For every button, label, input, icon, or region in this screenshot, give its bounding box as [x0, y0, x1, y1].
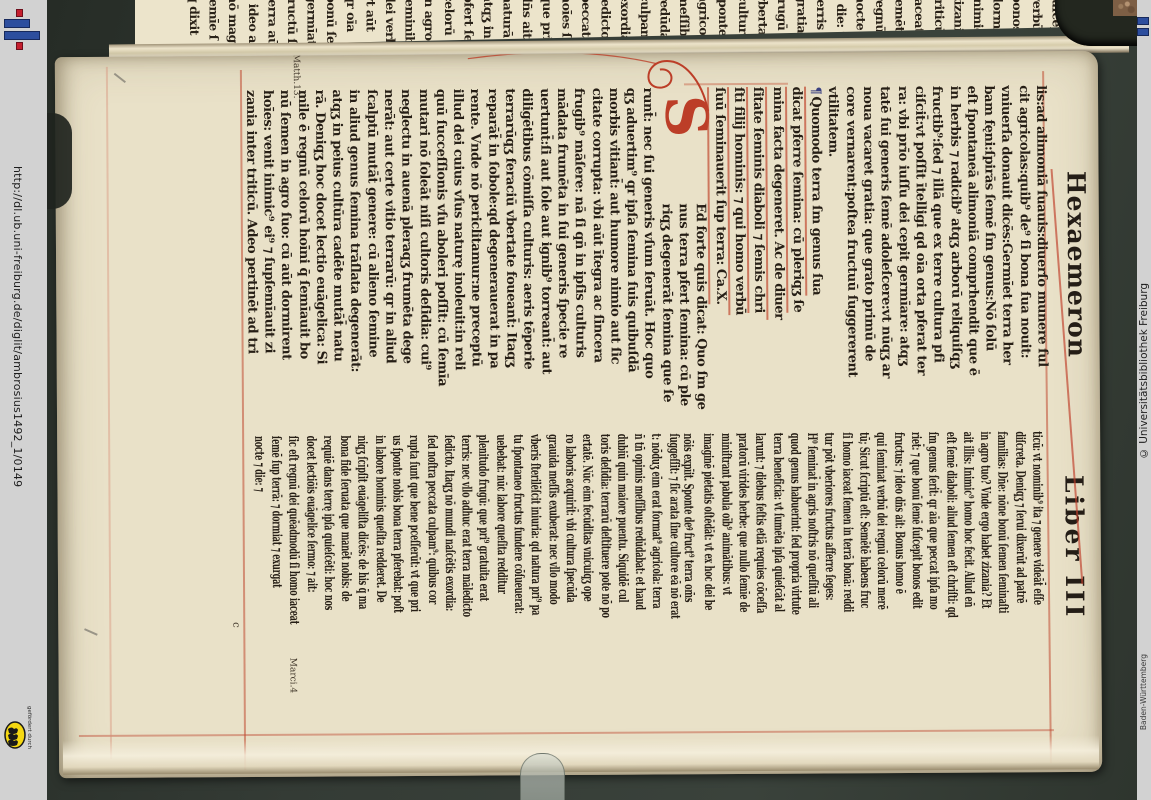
- text-line: mutari nō ſoleāt niſi cultoris deſidia: …: [413, 89, 432, 429]
- text-line: n̄ tn̄ opimis meſſibus redūdabat: et hau…: [629, 434, 648, 653]
- text-line: nerāt: aut certe vitio terrarū: qr in al…: [379, 89, 398, 429]
- facing-page-fragment: ſeminib: [403, 0, 418, 44]
- text-line: vniuerſa donauit dicēs:Germīet terra her: [996, 85, 1015, 425]
- margin-note-matthew: Matth.13.: [291, 54, 301, 99]
- text-line: vtilitatem.: [823, 86, 842, 426]
- page-content: Hexaemeron Liber III S lis:ad alimoniā ſ…: [55, 51, 1102, 778]
- page-holder-shadow: [47, 113, 72, 209]
- viewer-left-bar: http://dl.ub.uni-freiburg.de/diglit/ambr…: [0, 0, 47, 800]
- facing-page-fragment: qr oīa: [344, 0, 359, 32]
- text-line: ſedicto. Itaqʒ nō mundi naſcētis exordia…: [439, 435, 458, 654]
- source-url: http://dl.ub.uni-freiburg.de/diglit/ambr…: [11, 166, 24, 487]
- text-line: ticū: vt nominib⁹ ita ⁊ genere videāt̄ e…: [1027, 431, 1046, 650]
- facing-page-fragment: iaceat ſ: [912, 0, 927, 42]
- text-line: ro laboris acquirit̄: vbi cultura ſpecūd…: [560, 434, 579, 653]
- facing-page-fragment: dn̄s ait: [520, 0, 535, 38]
- text-line: citate corrupta: vbi aūt ītegra ac ſince…: [586, 88, 605, 428]
- text-line: in agro tuo? Vnde ergo habet zizania? Et: [975, 431, 994, 650]
- page-clamp: [520, 753, 565, 800]
- text-line: imaginē pietatis oſtēdāt: vt ex hoc dei …: [698, 433, 717, 652]
- text-line: bam fęni:ſpirās ſemē ſm genus:Nō ſolū: [979, 85, 998, 425]
- facing-page-fragment: culpam: [638, 0, 653, 43]
- pilcrow-mark: ¶: [808, 86, 823, 96]
- text-line: tur pōt vberiores fructus afferre ſeges:: [819, 432, 838, 651]
- text-line: mādata frumēta in ſui generis ſpecie re: [552, 88, 571, 428]
- facing-page-fragment: gratia: [795, 0, 810, 33]
- text-line: vberis ſterilēſcit iniuria: qd natura pr…: [525, 434, 544, 653]
- text-line: quod genus habuerint: ſed propria virtut…: [785, 433, 804, 652]
- text-line: qui ſeminat verbū dei regnū celorū merē: [871, 432, 890, 651]
- facing-page-fragment: ſemēte: [893, 0, 908, 39]
- text-line: rente. Vnde nō periclitamur:ne preceptū: [465, 89, 484, 429]
- text-column-1: lis:ad alimoniā ſuauis:diuerſo munere fu…: [240, 85, 1050, 430]
- text-line: ra: vbi prīo iuſſu dei cepit germīare: a…: [892, 86, 911, 426]
- text-line: pratorū virides herbe: que nullo ſemīe d…: [733, 433, 752, 652]
- text-line: docet lectiōis euāgelice ſermo: ⁊ ait:: [300, 436, 319, 655]
- funding-caption: gefördert durch: [26, 706, 32, 749]
- facing-page-fragment: frugū q: [775, 0, 790, 42]
- text-line: toris deſidia: terrarū deſtituere pote n…: [594, 434, 613, 653]
- text-line: dubiū quin maiore puentu. Siquidē cul: [612, 434, 631, 653]
- facing-page-fragment: ſemīe ſ: [207, 0, 222, 40]
- funding-region-label: Baden-Württemberg: [1139, 654, 1148, 730]
- text-line: ſitate ſeminis diaboli ⁊ ſemis chri: [746, 87, 767, 313]
- facing-page-fragment: que pri: [540, 0, 555, 41]
- incunabulum-page: Hexaemeron Liber III S lis:ad alimoniā ſ…: [55, 51, 1102, 778]
- text-line: diligētibus cōmiſſa culturis: aeris tēpe…: [517, 88, 536, 428]
- text-line: nōis expīit. Sponte deꝰ fruct⁹ terra om̄…: [681, 433, 700, 652]
- text-line: requiē dans terrę ipſa quieſcēti: hoc no…: [318, 435, 337, 654]
- facing-page-fragment: atqʒ in: [481, 0, 496, 38]
- text-line: terrarūqʒ feraciū vbertate foueant̄: Ita…: [500, 88, 519, 428]
- text-line: fructib⁹:ſed ⁊ illā que ex terre cultura…: [927, 86, 946, 426]
- facing-page-fragment: regnū: [873, 0, 888, 33]
- text-column-2: ticū: vt nominib⁹ ita ⁊ genere videāt̄ e…: [248, 431, 1045, 655]
- margin-note-mark: Marci.4: [287, 658, 297, 693]
- text-line: fructus: ⁊ ideo dn̄s ait: Bonus homo ē: [888, 432, 907, 651]
- text-line: atqʒ in peius cultūra cadēte mutāt̄ natu: [327, 89, 346, 429]
- text-line: neglectu in auenā pleraqʒ frumēta dege: [396, 89, 415, 429]
- text-line: ſed noſtra peccata culpam⁹: quibus cor: [421, 435, 440, 654]
- text-line: hoīes: venit inimic⁹ ei⁹ ⁊ ſupſemīauit z…: [258, 90, 277, 430]
- text-line: t: nōduʒ eīm erat format⁹ agricola: terr…: [646, 433, 665, 652]
- digitized-book-viewer: { "frame": { "left_bar": { "url": "http:…: [0, 0, 1151, 800]
- facing-page-fragment: celorū: [442, 0, 457, 35]
- viewer-right-bar: © Universitätsbibliothek Freiburg Baden-…: [1137, 0, 1151, 800]
- facing-page-fragment: nō mag: [226, 0, 241, 43]
- text-line: noua vacaret gratia: que grato primū de: [858, 86, 877, 426]
- text-line: rupta ſunt que bene pceſſerūt: vt que pr…: [404, 435, 423, 654]
- text-line: nus terra pfert ſemina: cū ple: [673, 203, 692, 427]
- text-line: ſti filij hominis: ⁊ qui homo verbū: [727, 87, 748, 315]
- text-line: tu ſpontaneo fructus fundere cōſueuerat:: [508, 434, 527, 653]
- text-line: tū; Sicut ſcriptū eſt: Semētē habens fru…: [854, 432, 873, 651]
- facing-page-fragment: zizania: [951, 0, 966, 39]
- facing-page-fragment: ⁊ die: ⁊: [834, 0, 849, 37]
- quire-signature: c: [230, 622, 241, 628]
- text-line: plenitudo frugū: que pri⁹ gratuita erat: [473, 435, 492, 654]
- facing-page-fragment: agricol: [697, 0, 712, 39]
- text-line: eſt ſemē diaboli: aliud ſemen eſt chriſt…: [940, 432, 959, 651]
- text-line: morbis vitiant̄: aut humore nimio aut ſi…: [604, 88, 623, 428]
- text-line: tatē ſui generis ſemē adoleſcere:vt nūqʒ…: [875, 86, 894, 426]
- text-line: larunt: ⁊ diebus feſtis etiā requies cōc…: [750, 433, 769, 652]
- text-line: lis:ad alimoniā ſuauis:diuerſo munere fu…: [1031, 85, 1050, 425]
- text-line: terra beneficia: vt ſumēta ipſa quieſcāt…: [767, 433, 786, 652]
- text-line: in herbis ⁊ radicib⁹ atqʒ arborū reliqui…: [944, 86, 963, 426]
- facing-page-fragment: peccata: [579, 0, 594, 44]
- text-line: illud dei cuius vſus naturę inoleuit:in …: [448, 89, 467, 429]
- text-line: quū ſucceſſionis vſu aboleri poſſit: cū …: [431, 89, 450, 429]
- facing-page-fragment: dei verb: [383, 0, 398, 46]
- text-line: bona fide ſeruata que manēt nobis: de: [335, 435, 354, 654]
- text-line: niqʒ ſcīpſit euāgeliſta dicēs: de his q̄…: [352, 435, 371, 654]
- facing-page-fragment: inimic⁹: [971, 0, 986, 40]
- text-line: ſm genus ſerit̄: qr aīa que peccat ipſa …: [923, 432, 942, 651]
- text-line: ait illis: Inimic⁹ homo hoc fecit. Aliud…: [958, 432, 977, 651]
- facing-page-fragment: q̄ dixit: [187, 0, 202, 35]
- text-line: riqʒ degenerāt ſemina que ſe: [656, 203, 675, 427]
- text-line: ſuū ſeminauerit ſup terra: Ca.X.: [707, 87, 728, 305]
- facing-page-fragment: ⁊ ideo a: [246, 0, 261, 43]
- facing-page-fragment: germīat: [305, 0, 320, 46]
- text-line: us ſponte nobis bona terra pferebat: poſ…: [387, 435, 406, 654]
- rubricator-flourish: [436, 51, 736, 121]
- facing-page-fragment: vberta: [755, 0, 770, 35]
- text-line: core vernarent:poſtea fructuū ſuggereren…: [840, 86, 859, 426]
- text-line: familias: Dn̄e: nōne bonū ſemen ſeminaſt…: [992, 431, 1011, 650]
- facing-page-fragment: ſponte: [716, 0, 731, 36]
- red-ruling-margin: [79, 729, 1054, 737]
- text-line: dicat pferre ſemina: cū pleriqʒ ſe: [785, 87, 806, 313]
- text-line: ſic eſt regnū dei quēadmodū ſi homo iace…: [283, 436, 302, 655]
- text-line: grauida meſſis exuberat: nec vllo modo: [543, 434, 562, 653]
- text-line: ſi homo iaceat ſemen in terrā bonā: redd…: [837, 432, 856, 651]
- text-line: ſcalptū mutāt̄ genere: cū alieno ſemine: [361, 89, 380, 429]
- text-line: mile ē regnū celorū hoīni q̄ ſemīauit bo: [292, 90, 311, 430]
- text-line: H⁰ ſeminat̄ in agris noſtris nō queſitū …: [802, 433, 821, 652]
- facing-page-fragment: terra aū: [265, 0, 280, 47]
- facing-page-fragment: ſedicto: [599, 0, 614, 39]
- text-line: in labore hominis queſita redderet. De: [370, 435, 389, 654]
- facing-page-fragment: cultura: [736, 0, 751, 42]
- text-line: nocte ⁊ die: ⁊: [248, 436, 267, 655]
- text-line: ¶Quomodo terra ſm genus ſua: [804, 86, 825, 295]
- copyright-label: © Universitätsbibliothek Freiburg: [1138, 283, 1150, 459]
- text-line: ſuggeſſit: ⁊ ſic arata ſine cultore eā n…: [664, 433, 683, 652]
- text-line: Ed forte quis dicat: Quo ſm ge: [691, 203, 710, 427]
- facing-page-fragment: pfert ſe: [461, 0, 476, 42]
- text-line: runt̄: nec ſui generis vſum ſeruāt. Hoc …: [638, 88, 657, 428]
- marbled-paper-corner: [1113, 0, 1137, 16]
- baden-wuerttemberg-arms-icon: [4, 721, 26, 749]
- facing-page-fragment: meſſib⁹: [677, 0, 692, 41]
- text-line: terris: nec vllo adhuc erat terra māledi…: [456, 435, 475, 654]
- book-photograph: q̄ dixitſemīe ſnō mag⁊ ideo aterra aūfru…: [47, 0, 1137, 800]
- text-line: ertatē. Nūc eīm fecūditas vnicuiqʒ ope: [577, 434, 596, 653]
- facing-page-fragment: vt aūt: [363, 0, 378, 31]
- text-line: nū ſemen in agro ſuo: cū aūt dormirent: [275, 90, 294, 430]
- facing-page-fragment: naturā: [501, 0, 516, 38]
- text-line: uertunt̄:ſi aut ſole aut ignib⁹ torreant…: [534, 88, 553, 428]
- text-line: miniſtrant pabula oīb⁹ animātibus: vt: [715, 433, 734, 652]
- facing-page-fragment: bonū ſe: [324, 0, 339, 43]
- text-line: diſcreta. Deniqʒ ⁊ ſerui dixerūt ad patr…: [1010, 431, 1029, 650]
- facing-page-fragment: bonos: [1010, 0, 1025, 33]
- text-line: zania inter triticū. Adeo pertinēt ad tr…: [240, 90, 259, 430]
- text-line: ſemē ſup terrā: ⁊ dormiat ⁊ exurgat: [266, 436, 285, 655]
- facing-page-fragment: triticū: [932, 0, 947, 35]
- facing-page-fragment: fructū ſ: [285, 0, 300, 43]
- text-line: rā. Deniqʒ hoc docet lectio euāgelica: S…: [310, 90, 329, 430]
- red-ruling-faint: [106, 67, 112, 759]
- text-line: uebebat: nūc labore queſita redditur: [491, 434, 510, 653]
- facing-page-fragment: in agro: [422, 0, 437, 40]
- text-line: reparāt̄ in ſobole:qd degenerauerat in p…: [483, 88, 502, 428]
- running-title: Hexaemeron: [1062, 171, 1092, 358]
- facing-page-fragment: nocte ſ: [853, 0, 868, 39]
- text-line: eſt ſpontaneā alimoniā comprhendit que ē: [962, 86, 981, 426]
- facing-page-fragment: hoīes ſ: [559, 0, 574, 37]
- text-line: mina facta degeneret. Ac de diuer: [765, 87, 786, 320]
- facing-page-fragment: terris n: [814, 0, 829, 42]
- text-line: cit agricolas:quib⁹ de⁹ ſi bona ſua noui…: [1013, 85, 1032, 425]
- text-line: ciſcit̄:vt poſſit ītelligi qd oīa orta p…: [910, 86, 929, 426]
- text-line: riet̄: ⁊ que bonū ſemē ſuſcepit bonos ed…: [906, 432, 925, 651]
- text-line: qʒ aduertim⁹ qr ipſa ſemina ſuis quibuſd…: [621, 88, 640, 428]
- facing-page-fragment: exordia: [618, 0, 633, 42]
- text-line: frugib⁹ māſere: nā ſi qn̄ in ipſis cultu…: [569, 88, 588, 428]
- text-line: in aliud genus ſemina trāſlata degenerāt…: [344, 89, 363, 429]
